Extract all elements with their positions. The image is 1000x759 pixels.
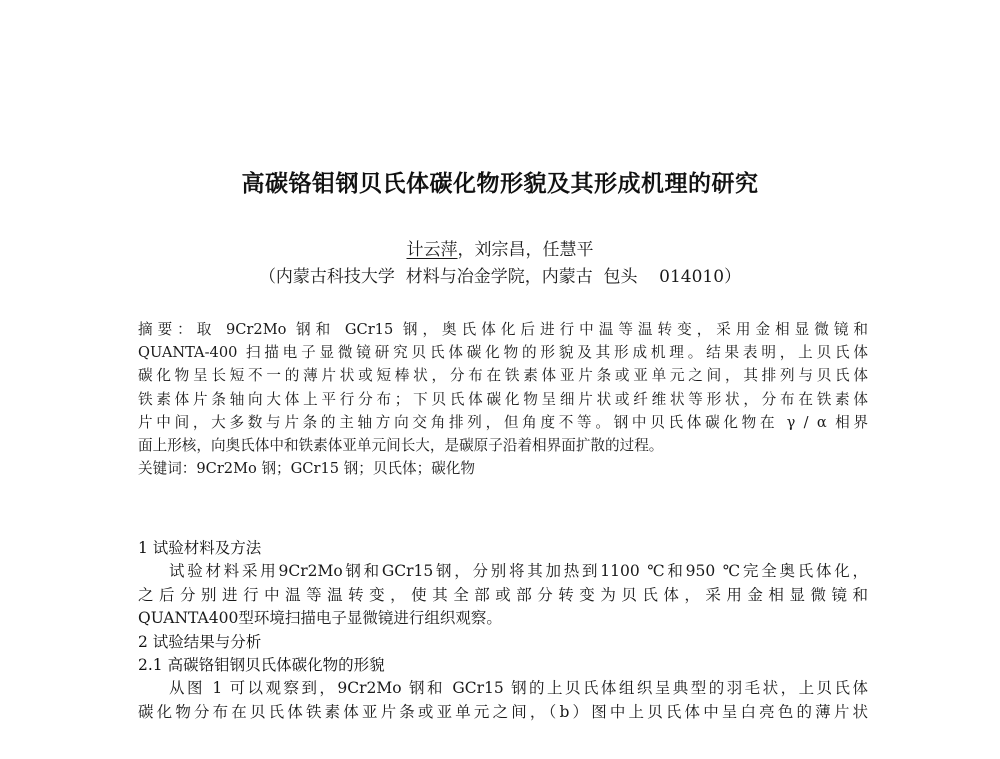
paragraph-line: 碳化物分布在贝氏体铁素体亚片条或亚单元之间，（b）图中上贝氏体中呈白亮色的薄片状 [138, 701, 868, 724]
author-first: 计云萍 [407, 240, 458, 260]
paragraph-line: 从图 1 可以观察到，9Cr2Mo 钢和 GCr15 钢的上贝氏体组织呈典型的羽… [138, 677, 868, 700]
author-second: 刘宗昌 [475, 240, 526, 260]
document-page: 高碳铬钼钢贝氏体碳化物形貌及其形成机理的研究 计云萍，刘宗昌，任慧平 （内蒙古科… [0, 0, 1000, 759]
paragraph-line: 试验材料采用9Cr2Mo钢和GCr15钢，分别将其加热到1100 ℃和950 ℃… [138, 560, 868, 583]
author-separator: ， [458, 240, 475, 260]
abstract-line: 面上形核，向奥氏体中和铁素体亚单元间长大，是碳原子沿着相界面扩散的过程。 [138, 434, 868, 457]
author-list: 计云萍，刘宗昌，任慧平 [0, 235, 1000, 260]
body-text: 1 试验材料及方法 试验材料采用9Cr2Mo钢和GCr15钢，分别将其加热到11… [138, 537, 868, 724]
paragraph-line: QUANTA400型环境扫描电子显微镜进行组织观察。 [138, 607, 868, 630]
abstract-block: 摘要：取 9Cr2Mo 钢和 GCr15 钢，奥氏体化后进行中温等温转变，采用金… [138, 318, 868, 480]
abstract-line: 碳化物呈长短不一的薄片状或短棒状，分布在铁素体亚片条或亚单元之间，其排列与贝氏体 [138, 364, 868, 387]
section-heading-2: 2 试验结果与分析 [138, 631, 868, 654]
abstract-line: QUANTA-400 扫描电子显微镜研究贝氏体碳化物的形貌及其形成机理。结果表明… [138, 341, 868, 364]
abstract-line: 片中间，大多数与片条的主轴方向交角排列，但角度不等。钢中贝氏体碳化物在 γ / … [138, 411, 868, 434]
abstract-line: 摘要：取 9Cr2Mo 钢和 GCr15 钢，奥氏体化后进行中温等温转变，采用金… [138, 318, 868, 341]
section-heading-2-1: 2.1 高碳铬钼钢贝氏体碳化物的形貌 [138, 654, 868, 677]
section-heading-1: 1 试验材料及方法 [138, 537, 868, 560]
author-third: 任慧平 [543, 240, 594, 260]
paragraph-line: 之后分别进行中温等温转变，使其全部或部分转变为贝氏体，采用金相显微镜和 [138, 584, 868, 607]
abstract-line: 铁素体片条轴向大体上平行分布；下贝氏体碳化物呈细片状或纤维状等形状，分布在铁素体 [138, 388, 868, 411]
paper-title: 高碳铬钼钢贝氏体碳化物形貌及其形成机理的研究 [0, 165, 1000, 198]
author-affiliation: （内蒙古科技大学 材料与冶金学院，内蒙古 包头 014010） [0, 262, 1000, 287]
author-separator: ， [526, 240, 543, 260]
keywords-line: 关键词：9Cr2Mo 钢；GCr15 钢；贝氏体；碳化物 [138, 457, 868, 480]
